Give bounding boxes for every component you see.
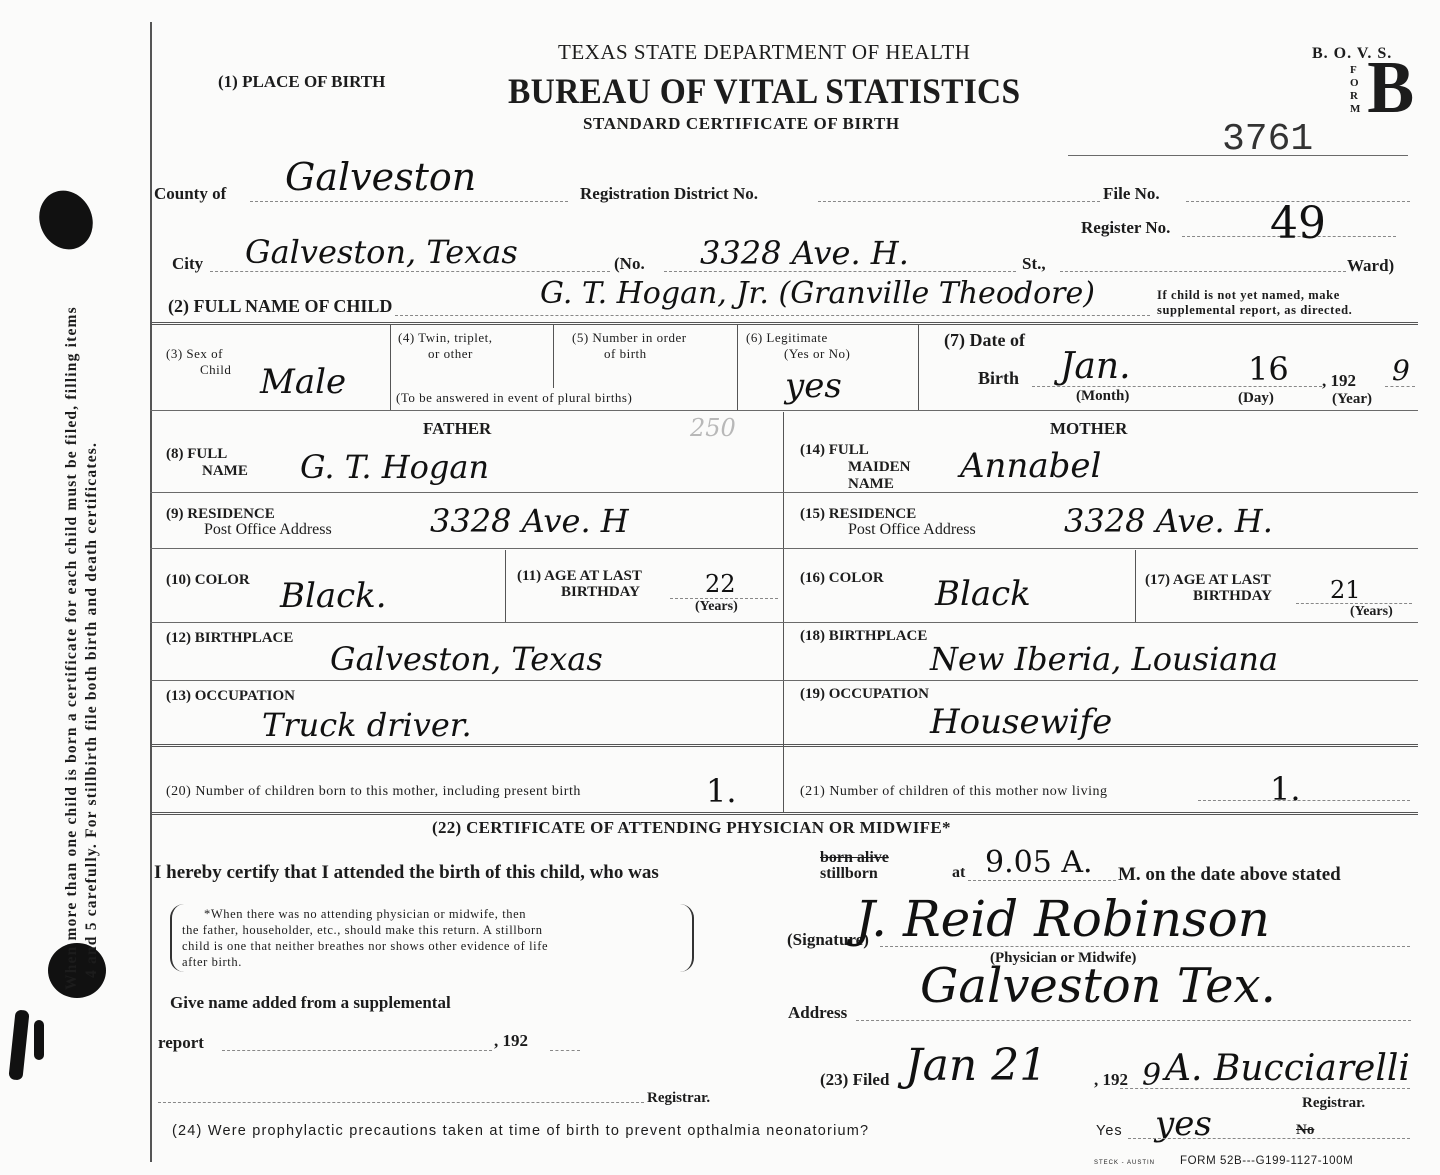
report-label: report	[158, 1033, 204, 1053]
mother-name-value: Annabel	[960, 446, 1101, 486]
legit-label-1: (6) Legitimate	[746, 330, 850, 346]
div-sex-twin	[390, 324, 391, 410]
children-living-value: 1.	[1270, 770, 1301, 808]
mother-age-caption: (Years)	[1350, 604, 1393, 620]
name-note: If child is not yet named, make suppleme…	[1157, 288, 1352, 318]
printer-mark: STECK - AUSTIN	[1094, 1160, 1155, 1166]
father-age-label: (11) AGE AT LAST BIRTHDAY	[517, 568, 642, 600]
legit-value: yes	[785, 366, 842, 406]
city-value: Galveston, Texas	[245, 233, 518, 271]
register-no-label: Register No.	[1081, 218, 1170, 238]
certificate-number-line	[1068, 155, 1408, 156]
supplemental-registrar-line	[158, 1102, 644, 1103]
side-note-line1: When more than one child is born a certi…	[62, 170, 82, 990]
dob-label-1: (7) Date of	[944, 330, 1025, 351]
child-name-line	[395, 315, 1150, 316]
children-living-label: (21) Number of children of this mother n…	[800, 784, 1108, 800]
divider-parents-top	[150, 410, 1418, 411]
sex-value: Male	[260, 362, 346, 402]
order-label: (5) Number in order of birth	[572, 330, 687, 362]
mother-color-label: (16) COLOR	[800, 570, 884, 587]
father-residence-value: 3328 Ave. H	[430, 502, 629, 540]
mother-birthplace-label: (18) BIRTHPLACE	[800, 628, 927, 645]
certify-text: I hereby certify that I attended the bir…	[154, 862, 659, 884]
father-residence-label-1: (9) RESIDENCE	[166, 506, 332, 522]
dob-year-prefix: , 192	[1322, 371, 1356, 391]
born-alive-option: born alive	[820, 850, 889, 866]
mother-name-label: (14) FULL MAIDEN NAME	[800, 442, 911, 493]
div-twin-order	[553, 324, 554, 388]
twin-label: (4) Twin, triplet, or other	[398, 330, 493, 362]
father-color-age-divider	[505, 550, 506, 622]
dob-year-digit: 9	[1392, 354, 1410, 387]
county-label: County of	[154, 184, 226, 204]
mother-residence-label-2: Post Office Address	[800, 522, 976, 538]
city-label: City	[172, 254, 203, 274]
divider-physician-top	[150, 812, 1418, 815]
father-birthplace-value: Galveston, Texas	[330, 640, 603, 678]
day-caption: (Day)	[1238, 390, 1274, 407]
children-born-value: 1.	[706, 772, 737, 810]
father-age-label-1: (11) AGE AT LAST	[517, 568, 642, 584]
supplemental-label: Give name added from a supplemental	[170, 993, 451, 1013]
ink-mark-2	[34, 1020, 44, 1060]
order-label-1: (5) Number in order	[572, 330, 687, 346]
physician-note: *When there was no attending physician o…	[170, 904, 694, 972]
supplemental-registrar-label: Registrar.	[647, 1090, 710, 1107]
mother-name-label-1: (14) FULL	[800, 442, 911, 459]
filed-line	[1120, 1088, 1410, 1089]
prophylactic-yes-label: Yes	[1096, 1123, 1123, 1139]
bureau-title: BUREAU OF VITAL STATISTICS	[508, 70, 1020, 112]
margin-note: 250	[690, 414, 736, 442]
dob-year-line	[1385, 386, 1415, 387]
father-residence-label-2: Post Office Address	[166, 522, 332, 538]
mother-residence-value: 3328 Ave. H.	[1064, 502, 1273, 540]
father-heading: FATHER	[423, 419, 491, 439]
father-occupation-label: (13) OCCUPATION	[166, 688, 295, 705]
divider-occupation-top	[150, 680, 1418, 681]
plural-note: (To be answered in event of plural birth…	[396, 390, 632, 406]
mother-occupation-label: (19) OCCUPATION	[800, 686, 929, 703]
form-letter: B	[1367, 48, 1414, 128]
note-line2: the father, householder, etc., should ma…	[182, 922, 682, 938]
father-age-label-2: BIRTHDAY	[517, 584, 642, 600]
parents-center-divider	[783, 412, 784, 812]
father-name-label-1: (8) FULL	[166, 446, 248, 463]
twin-label-1: (4) Twin, triplet,	[398, 330, 493, 346]
father-name-label-2: NAME	[166, 463, 248, 480]
legit-label: (6) Legitimate (Yes or No)	[746, 330, 850, 362]
children-born-label: (20) Number of children born to this mot…	[166, 784, 581, 800]
time-suffix: M. on the date above stated	[1118, 864, 1341, 886]
time-line	[968, 880, 1116, 881]
note-line1: *When there was no attending physician o…	[182, 906, 682, 922]
side-note-line2: 4 and 5 carefully. For stillbirth file b…	[82, 170, 102, 990]
mother-color-value: Black	[935, 574, 1031, 614]
signature-value: J. Reid Robinson	[855, 890, 1270, 948]
report-year-prefix: , 192	[494, 1031, 528, 1051]
county-value: Galveston	[285, 155, 476, 199]
stillborn-option: stillborn	[820, 866, 889, 882]
divider-birthplace-top	[150, 622, 1418, 623]
filed-year-prefix: , 192	[1094, 1070, 1128, 1090]
sex-label-1: (3) Sex of	[166, 346, 231, 362]
year-caption: (Year)	[1332, 391, 1372, 408]
father-color-label: (10) COLOR	[166, 572, 250, 589]
filed-date-value: Jan 21	[905, 1040, 1047, 1091]
father-age-value: 22	[705, 570, 736, 598]
divider-children-top	[150, 744, 1418, 747]
dob-month: Jan.	[1060, 346, 1131, 387]
ward-label: Ward)	[1347, 256, 1394, 276]
report-line	[222, 1050, 492, 1051]
father-occupation-value: Truck driver.	[262, 706, 472, 744]
sex-label-2: Child	[166, 362, 231, 378]
div-legit-date	[918, 324, 919, 410]
mother-heading: MOTHER	[1050, 419, 1127, 439]
filed-label: (23) Filed	[820, 1070, 889, 1090]
ink-mark	[8, 1009, 29, 1080]
filed-registrar-label: Registrar.	[1302, 1095, 1365, 1112]
birth-time-value: 9.05 A.	[985, 845, 1093, 880]
registration-district-line	[818, 201, 1100, 202]
divider-child-box-top	[150, 322, 1418, 325]
child-full-name-value: G. T. Hogan, Jr. (Granville Theodore)	[540, 276, 1095, 311]
mother-residence-label: (15) RESIDENCE Post Office Address	[800, 506, 976, 538]
legit-label-2: (Yes or No)	[746, 346, 850, 362]
city-line	[210, 271, 610, 272]
mother-age-value: 21	[1330, 576, 1361, 604]
registration-district-label: Registration District No.	[580, 184, 758, 204]
mother-residence-label-1: (15) RESIDENCE	[800, 506, 976, 522]
father-age-caption: (Years)	[695, 599, 738, 615]
prophylactic-no-label: No	[1296, 1122, 1314, 1139]
filed-registrar-value: A. Bucciarelli	[1165, 1048, 1410, 1089]
address-line	[856, 1020, 1411, 1021]
file-no-label: File No.	[1103, 184, 1160, 204]
certificate-subtitle: STANDARD CERTIFICATE OF BIRTH	[583, 114, 900, 134]
physician-heading: (22) CERTIFICATE OF ATTENDING PHYSICIAN …	[432, 818, 951, 838]
dob-day: 16	[1248, 350, 1289, 388]
department-name: TEXAS STATE DEPARTMENT OF HEALTH	[558, 40, 970, 65]
form-code: FORM 52B---G199-1127-100M	[1180, 1155, 1353, 1167]
mother-birthplace-value: New Iberia, Lousiana	[930, 640, 1278, 678]
note-line4: after birth.	[182, 954, 682, 970]
father-birthplace-label: (12) BIRTHPLACE	[166, 630, 293, 647]
side-note: When more than one child is born a certi…	[62, 170, 102, 990]
sex-label: (3) Sex of Child	[166, 346, 231, 378]
report-year-line	[550, 1050, 580, 1051]
mother-color-age-divider	[1135, 550, 1136, 622]
dob-label-2: Birth	[978, 368, 1019, 389]
divider-color-top	[150, 548, 1418, 549]
prophylactic-question: (24) Were prophylactic precautions taken…	[172, 1123, 869, 1139]
st-label: St.,	[1022, 254, 1046, 274]
prophylactic-line	[1128, 1138, 1410, 1139]
mother-name-label-2: MAIDEN	[800, 459, 911, 476]
form-left-border	[150, 22, 152, 1162]
form-vertical-label: FORM	[1350, 64, 1360, 116]
at-label: at	[952, 864, 965, 882]
mother-name-label-3: NAME	[800, 476, 911, 493]
street-no-value: 3328 Ave. H.	[700, 234, 909, 272]
father-residence-label: (9) RESIDENCE Post Office Address	[166, 506, 332, 538]
father-name-label: (8) FULL NAME	[166, 446, 248, 480]
twin-label-2: or other	[398, 346, 493, 362]
children-living-line	[1198, 800, 1410, 801]
div-order-legit	[737, 324, 738, 410]
address-label: Address	[788, 1003, 847, 1023]
month-caption: (Month)	[1076, 388, 1129, 405]
mother-age-label: (17) AGE AT LAST BIRTHDAY	[1145, 572, 1272, 604]
born-status: born alive stillborn	[820, 850, 889, 882]
mother-occupation-value: Housewife	[930, 702, 1112, 742]
place-of-birth-label: (1) PLACE OF BIRTH	[218, 72, 385, 92]
street-no-label: (No.	[614, 254, 645, 274]
order-label-2: of birth	[572, 346, 687, 362]
child-full-name-label: (2) FULL NAME OF CHILD	[168, 296, 392, 317]
father-color-value: Black.	[280, 576, 387, 616]
mother-age-label-2: BIRTHDAY	[1145, 588, 1272, 604]
divider-residence-top	[150, 492, 1418, 493]
address-value: Galveston Tex.	[920, 958, 1276, 1014]
ward-line	[1060, 271, 1346, 272]
father-name-value: G. T. Hogan	[300, 448, 489, 486]
register-no-value: 49	[1270, 198, 1326, 249]
county-line	[250, 201, 568, 202]
mother-age-label-1: (17) AGE AT LAST	[1145, 572, 1272, 588]
name-note-line1: If child is not yet named, make	[1157, 288, 1352, 303]
name-note-line2: supplemental report, as directed.	[1157, 303, 1352, 318]
note-line3: child is one that neither breathes nor s…	[182, 938, 682, 954]
